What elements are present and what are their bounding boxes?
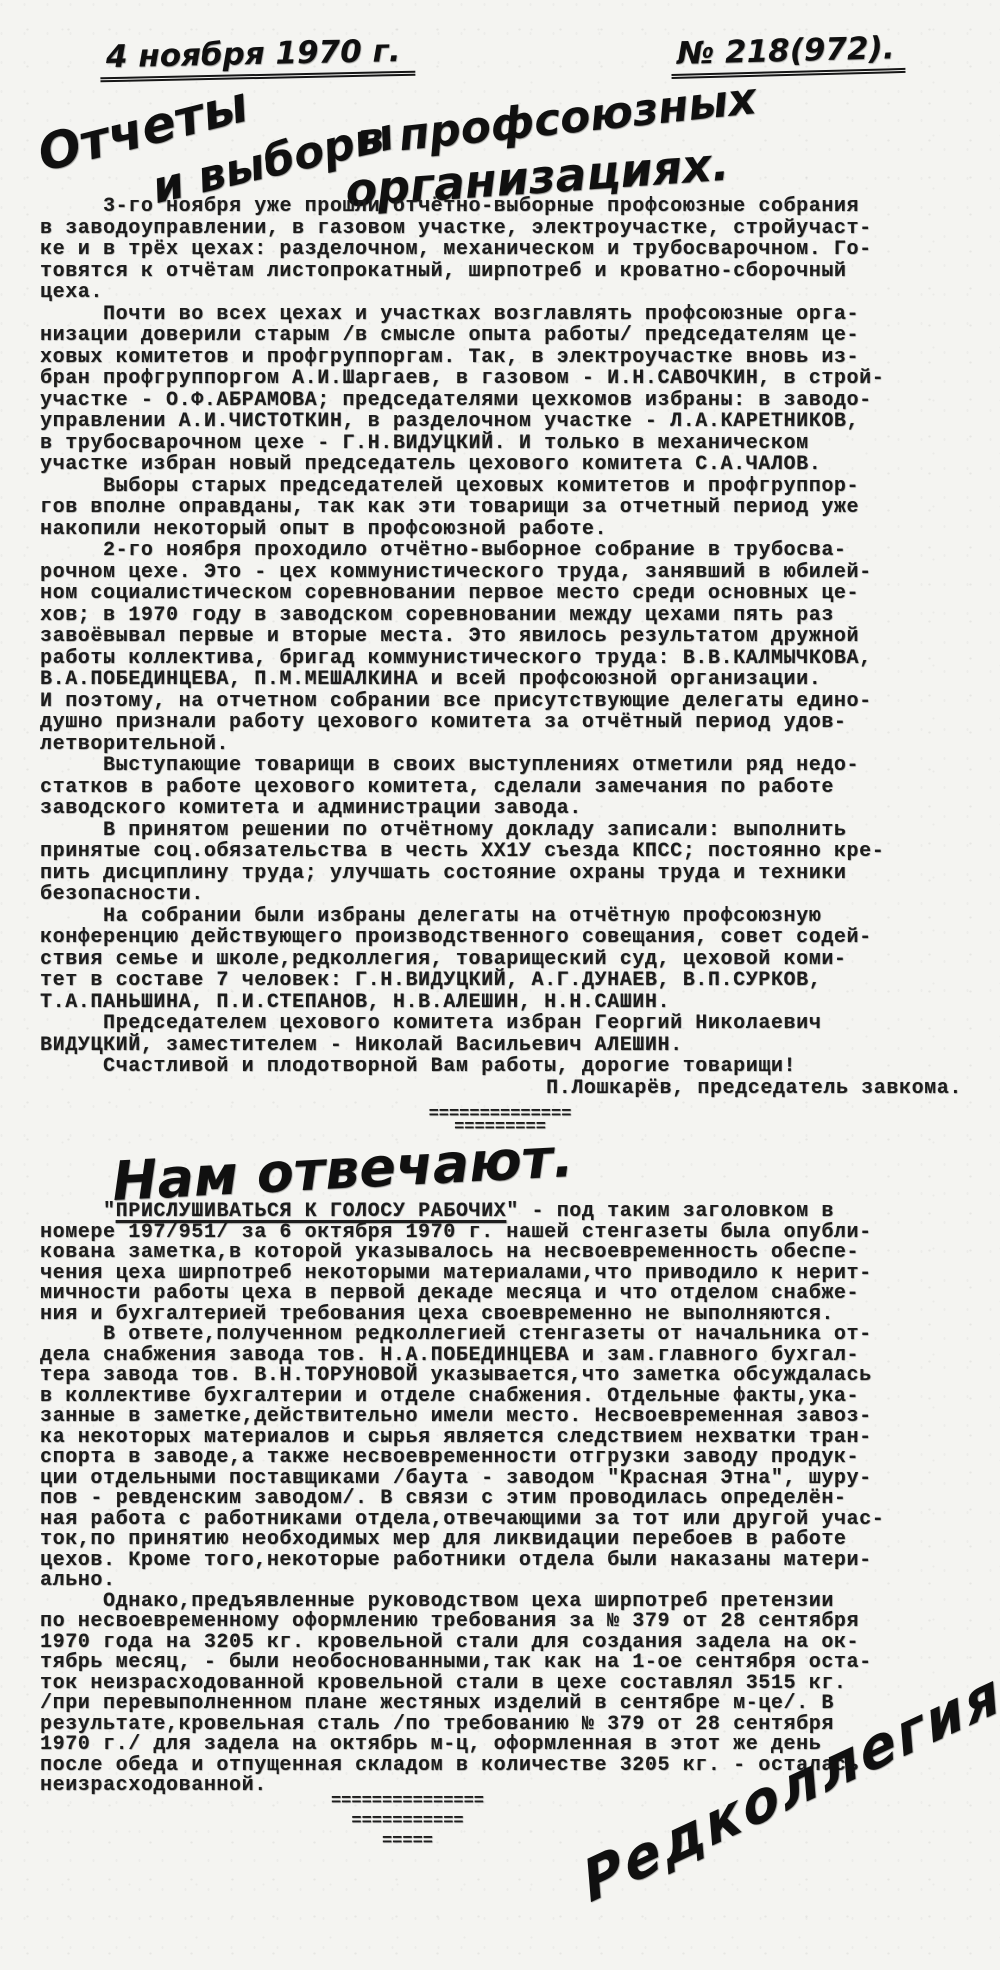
article-elections-paragraph-4: 2-го ноября проходило отчётно-выборное с…: [40, 540, 972, 755]
article-elections-paragraph-5: Выступающие товарищи в своих выступления…: [40, 755, 972, 820]
scanned-page: 4 ноября 1970 г. № 218(972). Отчеты и вы…: [0, 0, 1000, 1970]
article-elections-paragraph-2: Почти во всех цехах и участках возглавля…: [40, 304, 972, 476]
article-elections-author-signature: П.Лошкарёв, председатель завкома.: [40, 1078, 972, 1100]
issue-date: 4 ноября 1970 г.: [100, 33, 415, 83]
typed-divider-2-line-1: ===============: [300, 1792, 515, 1812]
issue-number: № 218(972).: [671, 30, 906, 79]
article-reply: "ПРИСЛУШИВАТЬСЯ К ГОЛОСУ РАБОЧИХ" - под …: [40, 1202, 972, 1797]
article-reply-lead-paragraph: "ПРИСЛУШИВАТЬСЯ К ГОЛОСУ РАБОЧИХ" - под …: [40, 1202, 972, 1325]
article-elections-paragraph-8: Председателем цехового комитета избран Г…: [40, 1013, 972, 1056]
article-elections-paragraph-6: В принятом решении по отчётному докладу …: [40, 820, 972, 906]
main-title: Отчеты и выборы в профсоюзных организаци…: [0, 88, 1000, 208]
typed-divider-2: =============== =========== =====: [300, 1792, 515, 1852]
article-elections-paragraph-7: На собрании были избраны делегаты на отч…: [40, 906, 972, 1014]
typed-divider-2-line-3: =====: [300, 1832, 515, 1852]
article-elections-paragraph-3: Выборы старых председателей цеховых коми…: [40, 476, 972, 541]
typed-divider-2-line-2: ===========: [300, 1812, 515, 1832]
article-elections-paragraph-1: 3-го ноября уже прошли отчётно-выборные …: [40, 196, 972, 304]
article-elections: 3-го ноября уже прошли отчётно-выборные …: [40, 196, 972, 1099]
article-reply-paragraph-2: В ответе,полученном редколлегией стенгаз…: [40, 1325, 972, 1592]
article-elections-paragraph-9: Счастливой и плодотворной Вам работы, до…: [40, 1056, 972, 1078]
